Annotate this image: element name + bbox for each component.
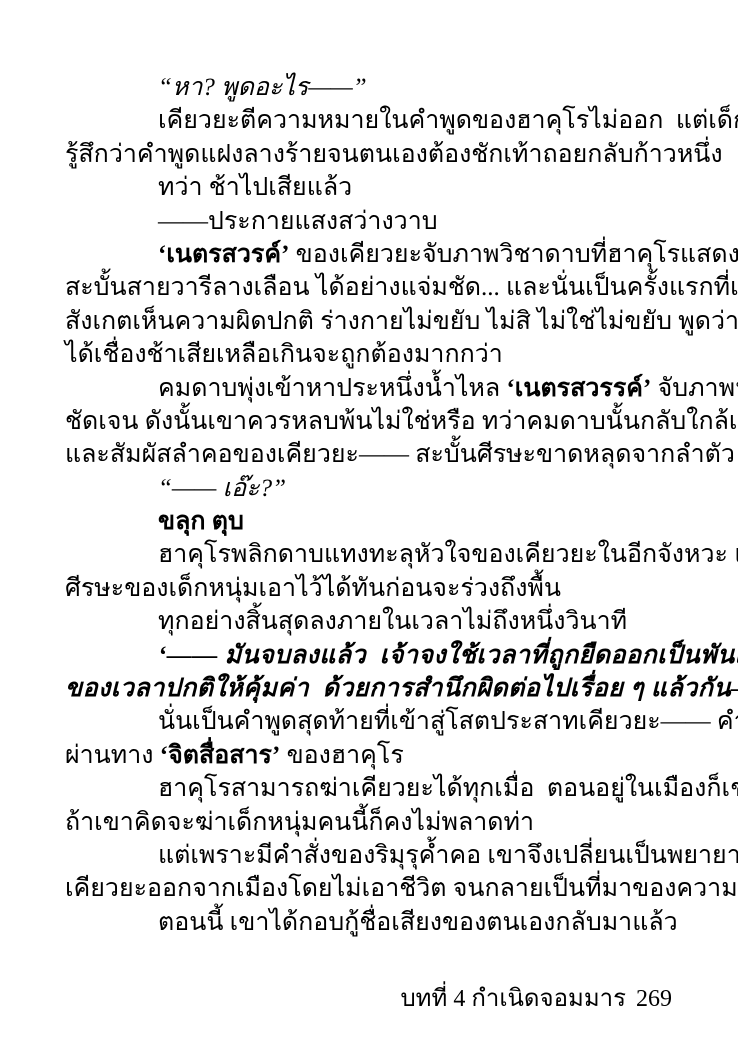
text-line: คมดาบพุ่งเข้าหาประหนึ่งน้ำไหล ‘เนตรสวรรค… <box>65 372 675 405</box>
line-segment: ฮาคุโรพลิกดาบแทงทะลุหัวใจของเคียวยะในอีก… <box>158 541 738 568</box>
dialogue-text: “หา? พูดอะไร——” <box>158 74 367 101</box>
dialogue-text: “—— เอ๊ะ?” <box>158 475 286 502</box>
line-segment: เคียวยะตีความหมายในคำพูดของฮาคุโรไม่ออก … <box>158 107 738 134</box>
line-segment: ผ่านทาง <box>65 742 160 769</box>
text-line: ถ้าเขาคิดจะฆ่าเด็กหนุ่มคนนี้ก็คงไม่พลาดท… <box>65 806 675 839</box>
skill-name: ‘จิตสื่อสาร’ <box>160 742 281 769</box>
page-number: 269 <box>636 986 672 1012</box>
skill-name: ‘เนตรสวรรค์’ <box>506 375 651 402</box>
text-line: ฮาคุโรพลิกดาบแทงทะลุหัวใจของเคียวยะในอีก… <box>65 538 675 571</box>
skill-name: ‘เนตรสวรค์’ <box>158 241 289 268</box>
line-segment: เคียวยะออกจากเมืองโดยไม่เอาชีวิต จนกลายเ… <box>65 875 738 902</box>
text-line: ——ประกายแสงสว่างวาบ <box>65 205 675 238</box>
text-line: ‘เนตรสวรค์’ ของเคียวยะจับภาพวิชาดาบที่ฮา… <box>65 238 675 271</box>
text-line: สะบั้นสายวารีลางเลือน ได้อย่างแจ่มชัด...… <box>65 271 675 304</box>
line-segment: รู้สึกว่าคำพูดแฝงลางร้ายจนตนเองต้องชักเท… <box>65 141 723 168</box>
line-segment: สะบั้นสายวารีลางเลือน ได้อย่างแจ่มชัด...… <box>65 274 738 301</box>
line-segment: ของเคียวยะจับภาพวิชาดาบที่ฮาคุโรแสดง—— <box>289 241 738 268</box>
text-line: ชัดเจน ดังนั้นเขาควรหลบพ้นไม่ใช่หรือ ทว่… <box>65 405 675 438</box>
line-segment: นั่นเป็นคำพูดสุดท้ายที่เข้าสู่โสตประสาทเ… <box>158 708 738 735</box>
line-segment: ——ประกายแสงสว่างวาบ <box>158 208 438 235</box>
line-segment: ของฮาคุโร <box>280 742 403 769</box>
text-line: และสัมผัสลำคอของเคียวยะ—— สะบั้นศีรษะขาด… <box>65 438 675 471</box>
line-segment: ตอนนี้ เขาได้กอบกู้ชื่อเสียงของตนเองกลับ… <box>158 909 678 936</box>
chapter-title-label: บทที่ 4 กำเนิดจอมมาร <box>400 986 626 1012</box>
body-text-block: “หา? พูดอะไร——” เคียวยะตีความหมายในคำพูด… <box>65 71 675 939</box>
line-segment: ได้เชื่องช้าเสียเหลือเกินจะถูกต้องมากกว่… <box>65 341 503 368</box>
text-line: ได้เชื่องช้าเสียเหลือเกินจะถูกต้องมากกว่… <box>65 338 675 371</box>
telepathy-text: ‘—— มันจบลงแล้ว เจ้าจงใช้เวลาที่ถูกยืดออ… <box>158 642 738 669</box>
text-line: ของเวลาปกติให้คุ้มค่า ด้วยการสำนึกผิดต่อ… <box>65 672 675 705</box>
text-line: “หา? พูดอะไร——” <box>65 71 675 104</box>
line-segment: ถ้าเขาคิดจะฆ่าเด็กหนุ่มคนนี้ก็คงไม่พลาดท… <box>65 809 534 836</box>
text-line: ทุกอย่างสิ้นสุดลงภายในเวลาไม่ถึงหนึ่งวิน… <box>65 605 675 638</box>
line-segment: จับภาพนั้นได้ <box>651 375 738 402</box>
line-segment: คมดาบพุ่งเข้าหาประหนึ่งน้ำไหล <box>158 375 506 402</box>
text-line: เคียวยะตีความหมายในคำพูดของฮาคุโรไม่ออก … <box>65 104 675 137</box>
line-segment: ฮาคุโรสามารถฆ่าเคียวยะได้ทุกเมื่อ ตอนอยู… <box>158 775 738 802</box>
text-line: เคียวยะออกจากเมืองโดยไม่เอาชีวิต จนกลายเ… <box>65 872 675 905</box>
sound-effect: ขลุก ตุบ <box>158 508 244 535</box>
text-line: ทว่า ช้าไปเสียแล้ว <box>65 171 675 204</box>
line-segment: ทุกอย่างสิ้นสุดลงภายในเวลาไม่ถึงหนึ่งวิน… <box>158 608 627 635</box>
text-line: แต่เพราะมีคำสั่งของริมุรุค้ำคอ เขาจึงเปล… <box>65 839 675 872</box>
line-segment: ศีรษะของเด็กหนุ่มเอาไว้ได้ทันก่อนจะร่วงถ… <box>65 575 561 602</box>
book-page: “หา? พูดอะไร——” เคียวยะตีความหมายในคำพูด… <box>0 0 738 1051</box>
text-line: ฮาคุโรสามารถฆ่าเคียวยะได้ทุกเมื่อ ตอนอยู… <box>65 772 675 805</box>
text-line: ‘—— มันจบลงแล้ว เจ้าจงใช้เวลาที่ถูกยืดออ… <box>65 639 675 672</box>
text-line: ขลุก ตุบ <box>65 505 675 538</box>
page-footer: บทที่ 4 กำเนิดจอมมาร269 <box>376 951 672 1044</box>
line-segment: สังเกตเห็นความผิดปกติ ร่างกายไม่ขยับ ไม่… <box>65 308 738 335</box>
text-line: นั่นเป็นคำพูดสุดท้ายที่เข้าสู่โสตประสาทเ… <box>65 705 675 738</box>
text-line: รู้สึกว่าคำพูดแฝงลางร้ายจนตนเองต้องชักเท… <box>65 138 675 171</box>
text-line: ตอนนี้ เขาได้กอบกู้ชื่อเสียงของตนเองกลับ… <box>65 906 675 939</box>
telepathy-text: ของเวลาปกติให้คุ้มค่า ด้วยการสำนึกผิดต่อ… <box>65 675 738 702</box>
text-line: “—— เอ๊ะ?” <box>65 472 675 505</box>
line-segment: ชัดเจน ดังนั้นเขาควรหลบพ้นไม่ใช่หรือ ทว่… <box>65 408 738 435</box>
text-line: ศีรษะของเด็กหนุ่มเอาไว้ได้ทันก่อนจะร่วงถ… <box>65 572 675 605</box>
line-segment: ทว่า ช้าไปเสียแล้ว <box>158 174 352 201</box>
text-line: สังเกตเห็นความผิดปกติ ร่างกายไม่ขยับ ไม่… <box>65 305 675 338</box>
line-segment: แต่เพราะมีคำสั่งของริมุรุค้ำคอ เขาจึงเปล… <box>158 842 738 869</box>
text-line: ผ่านทาง ‘จิตสื่อสาร’ ของฮาคุโร <box>65 739 675 772</box>
line-segment: และสัมผัสลำคอของเคียวยะ—— สะบั้นศีรษะขาด… <box>65 441 735 468</box>
